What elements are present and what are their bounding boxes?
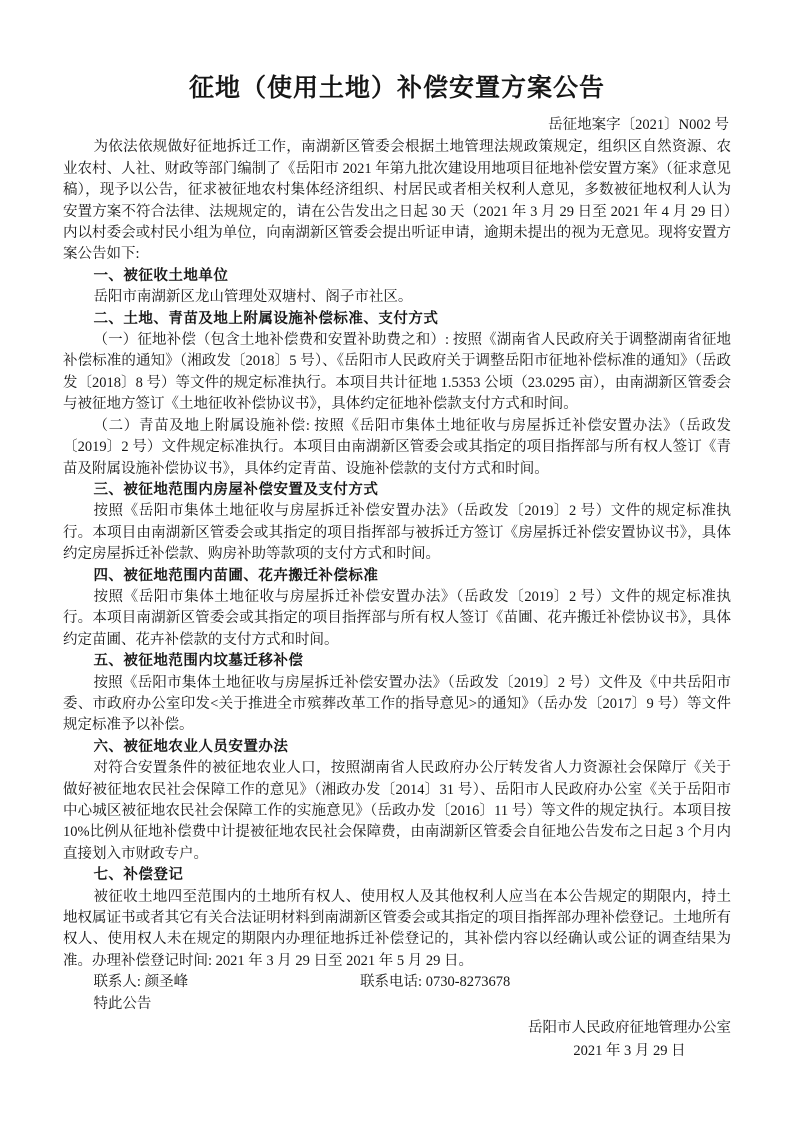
- contact-line: 联系人: 颜圣峰 联系电话: 0730-8273678: [63, 972, 731, 993]
- section-6: 六、被征地农业人员安置办法 对符合安置条件的被征地农业人口，按照湖南省人民政府办…: [63, 737, 731, 865]
- issuing-office: 岳阳市人民政府征地管理办公室: [528, 1017, 731, 1040]
- section-3-heading: 三、被征地范围内房屋补偿安置及支付方式: [63, 480, 731, 501]
- case-number: 岳征地案字〔2021〕N002 号: [63, 115, 729, 136]
- signature-block: 岳阳市人民政府征地管理办公室 2021 年 3 月 29 日: [528, 1017, 731, 1063]
- section-4-heading: 四、被征地范围内苗圃、花卉搬迁补偿标准: [63, 566, 731, 587]
- section-3: 三、被征地范围内房屋补偿安置及支付方式 按照《岳阳市集体土地征收与房屋拆迁补偿安…: [63, 480, 731, 566]
- section-7: 七、补偿登记 被征收土地四至范围内的土地所有权人、使用权人及其他权利人应当在本公…: [63, 865, 731, 972]
- section-3-paragraph-1: 按照《岳阳市集体土地征收与房屋拆迁补偿安置办法》（岳政发〔2019〕2 号）文件…: [63, 501, 731, 565]
- intro-paragraph: 为依法依规做好征地拆迁工作，南湖新区管委会根据土地管理法规政策规定，组织区自然资…: [63, 137, 731, 265]
- section-6-heading: 六、被征地农业人员安置办法: [63, 737, 731, 758]
- issue-date: 2021 年 3 月 29 日: [528, 1040, 731, 1063]
- section-1-heading: 一、被征收土地单位: [63, 266, 731, 287]
- section-7-paragraph-1: 被征收土地四至范围内的土地所有权人、使用权人及其他权利人应当在本公告规定的期限内…: [63, 887, 731, 973]
- section-2-paragraph-1: （一）征地补偿（包含土地补偿费和安置补助费之和）: 按照《湖南省人民政府关于调整…: [63, 330, 731, 416]
- document-title: 征地（使用土地）补偿安置方案公告: [63, 72, 731, 106]
- section-5: 五、被征地范围内坟墓迁移补偿 按照《岳阳市集体土地征收与房屋拆迁补偿安置办法》（…: [63, 651, 731, 737]
- section-4: 四、被征地范围内苗圃、花卉搬迁补偿标准 按照《岳阳市集体土地征收与房屋拆迁补偿安…: [63, 566, 731, 652]
- section-4-paragraph-1: 按照《岳阳市集体土地征收与房屋拆迁补偿安置办法》（岳政发〔2019〕2 号）文件…: [63, 587, 731, 651]
- closing-line: 特此公告: [63, 994, 731, 1015]
- section-2-heading: 二、土地、青苗及地上附属设施补偿标准、支付方式: [63, 309, 731, 330]
- section-2-paragraph-2: （二）青苗及地上附属设施补偿: 按照《岳阳市集体土地征收与房屋拆迁补偿安置办法》…: [63, 416, 731, 480]
- section-7-heading: 七、补偿登记: [63, 865, 731, 886]
- section-5-heading: 五、被征地范围内坟墓迁移补偿: [63, 651, 731, 672]
- contact-person: 联系人: 颜圣峰: [93, 972, 356, 993]
- section-2: 二、土地、青苗及地上附属设施补偿标准、支付方式 （一）征地补偿（包含土地补偿费和…: [63, 309, 731, 480]
- section-1-paragraph-1: 岳阳市南湖新区龙山管理处双塘村、阁子市社区。: [63, 287, 731, 308]
- section-5-paragraph-1: 按照《岳阳市集体土地征收与房屋拆迁补偿安置办法》（岳政发〔2019〕2 号）文件…: [63, 673, 731, 737]
- section-6-paragraph-1: 对符合安置条件的被征地农业人口，按照湖南省人民政府办公厅转发省人力资源社会保障厅…: [63, 758, 731, 865]
- contact-phone: 联系电话: 0730-8273678: [360, 974, 510, 990]
- section-1: 一、被征收土地单位 岳阳市南湖新区龙山管理处双塘村、阁子市社区。: [63, 266, 731, 309]
- document-page: 征地（使用土地）补偿安置方案公告 岳征地案字〔2021〕N002 号 为依法依规…: [0, 0, 793, 1122]
